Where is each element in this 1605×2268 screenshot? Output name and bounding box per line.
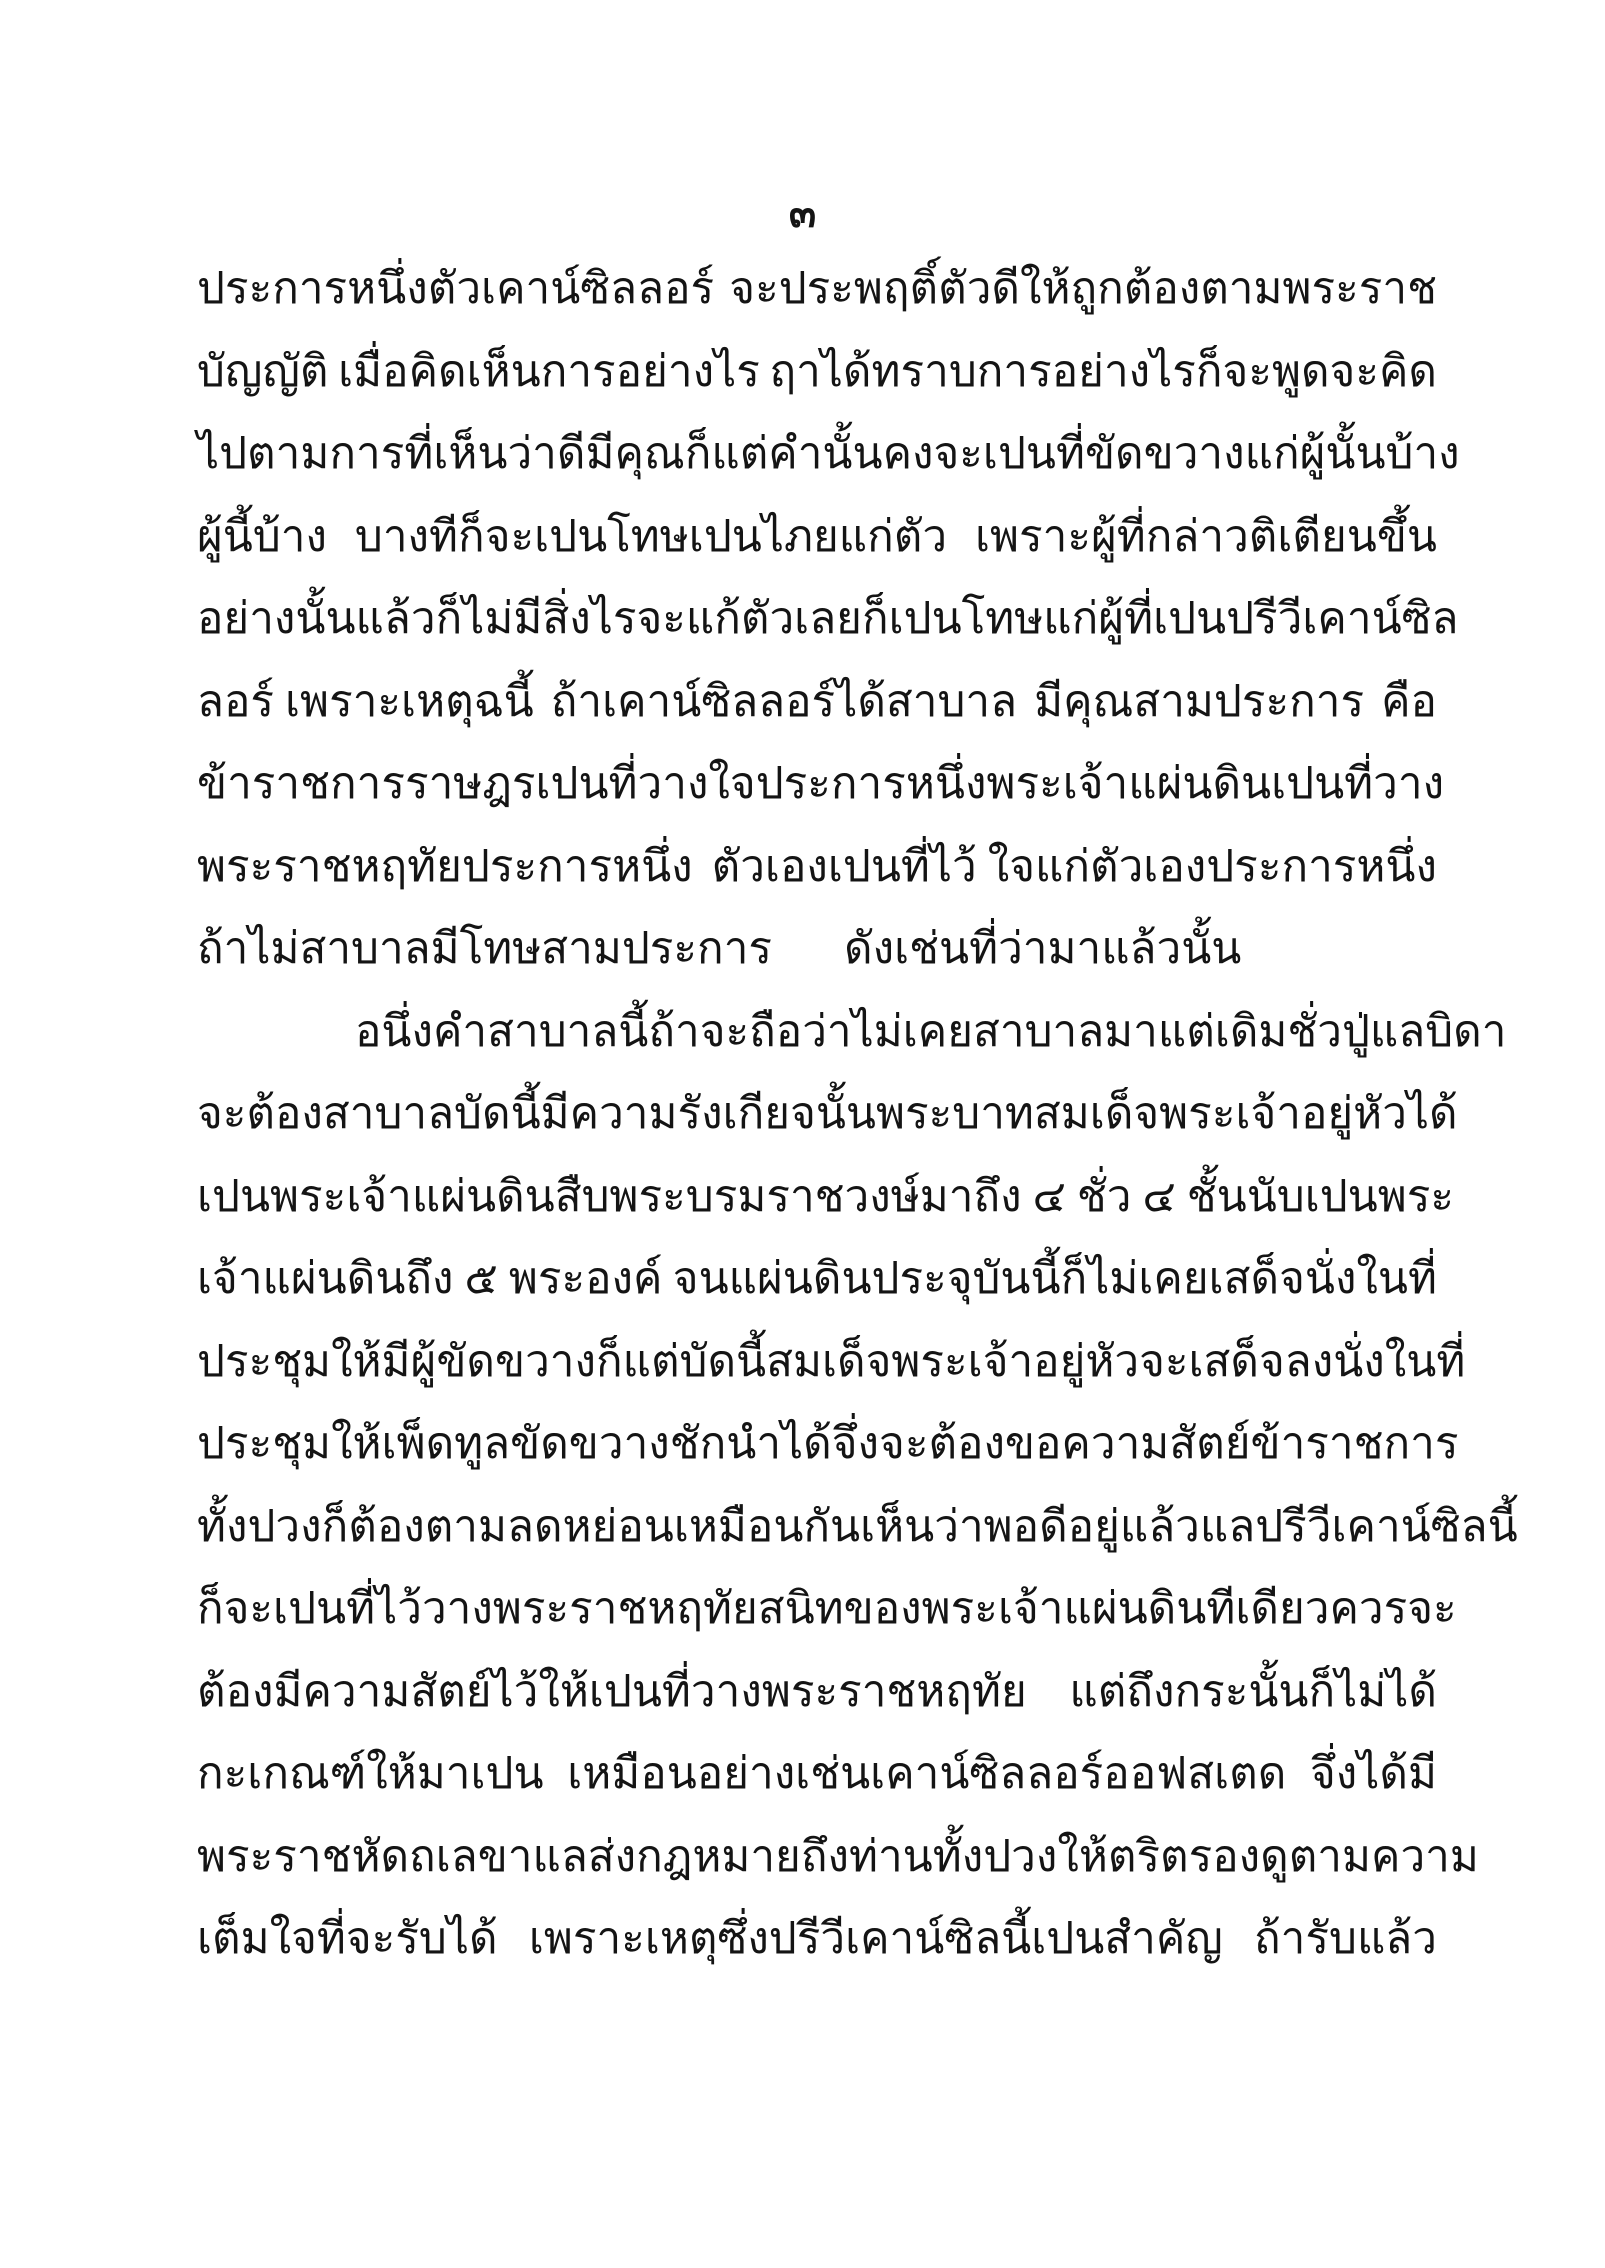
text-segment: พระราชหฤทัยประการหนึ่ง bbox=[197, 826, 693, 909]
text-line: ประชุมให้มีผู้ขัดขวางก็แต่บัดนี้สมเด็จพร… bbox=[197, 1321, 1437, 1404]
text-segment: เต็มใจที่จะรับได้ bbox=[197, 1898, 498, 1981]
text-segment: ก็แต่คำนั้นคงจะเปนที่ขัดขวางแก่ผู้นั้นบ้… bbox=[685, 413, 1460, 496]
text-line: อย่างนั้นแล้วก็ไม่มีสิ่งไรจะแก้ตัวเลยก็เ… bbox=[197, 578, 1437, 661]
text-line: เต็มใจที่จะรับได้เพราะเหตุซึ่งปรีวีเคาน์… bbox=[197, 1898, 1437, 1981]
text-segment: ผู้นี้บ้าง bbox=[197, 496, 327, 579]
text-segment: ฤาได้ทราบการอย่างไรก็จะพูดจะคิด bbox=[769, 331, 1437, 414]
text-segment: ประการหนึ่งตัวเคาน์ซิลลอร์ bbox=[197, 248, 714, 331]
text-segment: ลอร์ เพราะเหตุฉนี้ bbox=[197, 661, 534, 744]
text-line: บัญญัติเมื่อคิดเห็นการอย่างไรฤาได้ทราบกา… bbox=[197, 331, 1437, 414]
text-segment: ข้าราชการราษฎรเปนที่วางใจประการหนึ่ง bbox=[197, 743, 986, 826]
text-line: ประการหนึ่งตัวเคาน์ซิลลอร์จะประพฤติ์ตัวด… bbox=[197, 248, 1437, 331]
body-text-block: ประการหนึ่งตัวเคาน์ซิลลอร์จะประพฤติ์ตัวด… bbox=[197, 248, 1437, 1981]
text-segment: ทั้งปวงก็ต้องตามลดหย่อนเหมือนกันเห็นว่าพ… bbox=[197, 1486, 1200, 1569]
text-line: ต้องมีความสัตย์ไว้ให้เปนที่วางพระราชหฤทั… bbox=[197, 1651, 1437, 1734]
text-segment: พระเจ้าแผ่นดินเปนที่วาง bbox=[986, 743, 1444, 826]
text-segment: ถ้าเคาน์ซิลลอร์ได้สาบาล bbox=[551, 661, 1017, 744]
text-segment: บางทีก็จะเปนโทษเปนไภยแก่ตัว bbox=[355, 496, 947, 579]
text-segment: ถ้าไม่สาบาลมีโทษสามประการ bbox=[197, 908, 772, 991]
text-segment: ถ้าจะถือว่าไม่เคยสาบาลมาแต่เดิมชั่วปู่แล… bbox=[648, 991, 1506, 1074]
text-segment: ให้ตริตรองดูตามความ bbox=[1057, 1816, 1479, 1899]
text-line: ทั้งปวงก็ต้องตามลดหย่อนเหมือนกันเห็นว่าพ… bbox=[197, 1486, 1437, 1569]
text-segment: ไปตามการที่เห็นว่าดีมีคุณ bbox=[197, 413, 685, 496]
text-segment: เมื่อคิดเห็นการอย่างไร bbox=[338, 331, 760, 414]
text-segment: ดังเช่นที่ว่ามาแล้วนั้น bbox=[844, 908, 1241, 991]
text-segment: อย่างนั้นแล้วก็ไม่มีสิ่งไรจะแก้ตัวเลย bbox=[197, 578, 862, 661]
text-segment: เพราะผู้ที่กล่าวติเตียนขึ้น bbox=[975, 496, 1437, 579]
text-segment: อนึ่งคำสาบาลนี้ bbox=[355, 991, 648, 1074]
text-segment: จะเสด็จลงนั่งในที่ bbox=[1139, 1321, 1465, 1404]
text-segment: เหมือนอย่างเช่นเคาน์ซิลลอร์ออฟสเตด bbox=[567, 1733, 1286, 1816]
text-line: เปนพระเจ้าแผ่นดินสืบพระบรมราชวงษ์มาถึง ๔… bbox=[197, 1156, 1437, 1239]
text-segment: ประชุมให้เพ็ดทูลขัดขวางชักนำได้ bbox=[197, 1403, 832, 1486]
scanned-document-page: ๓ ประการหนึ่งตัวเคาน์ซิลลอร์จะประพฤติ์ตั… bbox=[0, 0, 1605, 2268]
text-segment: ตัวเองเปนที่ไว้ ใจแก่ตัวเองประการหนึ่ง bbox=[712, 826, 1437, 909]
text-line: พระราชหัดถเลขาแลส่งกฎหมายถึงท่านทั้งปวงใ… bbox=[197, 1816, 1437, 1899]
text-segment: ก็แต่บัดนี้สมเด็จพระเจ้าอยู่หัว bbox=[596, 1321, 1139, 1404]
text-segment: มีคุณสามประการ bbox=[1034, 661, 1364, 744]
text-line: จะต้องสาบาลบัดนี้มีความรังเกียจนั้นพระบา… bbox=[197, 1073, 1437, 1156]
text-segment: เปนพระเจ้าแผ่นดินสืบพระบรมราชวงษ์มาถึง ๔… bbox=[197, 1156, 1247, 1239]
text-line: ถ้าไม่สาบาลมีโทษสามประการดังเช่นที่ว่ามา… bbox=[197, 908, 1437, 991]
text-segment: จนแผ่นดินประจุบันนี้ก็ไม่เคยเสด็จนั่งในท… bbox=[673, 1238, 1437, 1321]
text-line: ไปตามการที่เห็นว่าดีมีคุณก็แต่คำนั้นคงจะ… bbox=[197, 413, 1437, 496]
text-segment: พระบาทสมเด็จพระเจ้าอยู่หัวได้ bbox=[876, 1073, 1458, 1156]
text-line: อนึ่งคำสาบาลนี้ถ้าจะถือว่าไม่เคยสาบาลมาแ… bbox=[197, 991, 1437, 1074]
text-line: กะเกณฑ์ให้มาเปนเหมือนอย่างเช่นเคาน์ซิลลอ… bbox=[197, 1733, 1437, 1816]
text-line: เจ้าแผ่นดินถึง ๕ พระองค์จนแผ่นดินประจุบั… bbox=[197, 1238, 1437, 1321]
text-line: ผู้นี้บ้างบางทีก็จะเปนโทษเปนไภยแก่ตัวเพร… bbox=[197, 496, 1437, 579]
text-segment: เจ้าแผ่นดินถึง ๕ พระองค์ bbox=[197, 1238, 662, 1321]
text-segment: จะต้องสาบาลบัดนี้มีความรังเกียจนั้น bbox=[197, 1073, 876, 1156]
text-segment: ถ้ารับแล้ว bbox=[1254, 1898, 1437, 1981]
text-line: ก็จะเปนที่ไว้วางพระราชหฤทัยสนิทของพระเจ้… bbox=[197, 1568, 1437, 1651]
text-segment: นับเปนพระ bbox=[1247, 1156, 1454, 1239]
page-number: ๓ bbox=[0, 186, 1605, 242]
text-segment: ต้องมีความสัตย์ไว้ให้เปนที่วางพระราชหฤทั… bbox=[197, 1651, 1027, 1734]
text-segment: จึ่งได้มี bbox=[1310, 1733, 1437, 1816]
text-line: พระราชหฤทัยประการหนึ่งตัวเองเปนที่ไว้ ใจ… bbox=[197, 826, 1437, 909]
text-segment: ก็เปนโทษแก่ผู้ที่เปนปรีวีเคาน์ซิล bbox=[862, 578, 1459, 661]
text-segment: บัญญัติ bbox=[197, 331, 328, 414]
text-segment: เพราะเหตุซึ่งปรีวีเคาน์ซิลนี้เปนสำคัญ bbox=[529, 1898, 1223, 1981]
text-segment: ก็จะเปนที่ไว้วางพระราชหฤทัยสนิทของพระเจ้… bbox=[197, 1568, 1329, 1651]
text-segment: จะประพฤติ์ตัวดีให้ถูกต้องตามพระราช bbox=[729, 248, 1437, 331]
text-segment: ประชุมให้มีผู้ขัดขวาง bbox=[197, 1321, 596, 1404]
text-segment: จึ่งจะต้องขอความสัตย์ bbox=[832, 1403, 1251, 1486]
text-segment: ควรจะ bbox=[1329, 1568, 1456, 1651]
text-line: ประชุมให้เพ็ดทูลขัดขวางชักนำได้จึ่งจะต้อ… bbox=[197, 1403, 1437, 1486]
text-segment: แลปรีวีเคาน์ซิลนี้ bbox=[1200, 1486, 1518, 1569]
text-line: ลอร์ เพราะเหตุฉนี้ถ้าเคาน์ซิลลอร์ได้สาบา… bbox=[197, 661, 1437, 744]
text-segment: ข้าราชการ bbox=[1251, 1403, 1459, 1486]
text-segment: กะเกณฑ์ให้มาเปน bbox=[197, 1733, 544, 1816]
text-line: ข้าราชการราษฎรเปนที่วางใจประการหนึ่งพระเ… bbox=[197, 743, 1437, 826]
text-segment: พระราชหัดถเลขาแลส่งกฎหมายถึงท่านทั้งปวง bbox=[197, 1816, 1057, 1899]
text-segment: คือ bbox=[1381, 661, 1437, 744]
text-segment: แต่ถึงกระนั้นก็ไม่ได้ bbox=[1069, 1651, 1437, 1734]
